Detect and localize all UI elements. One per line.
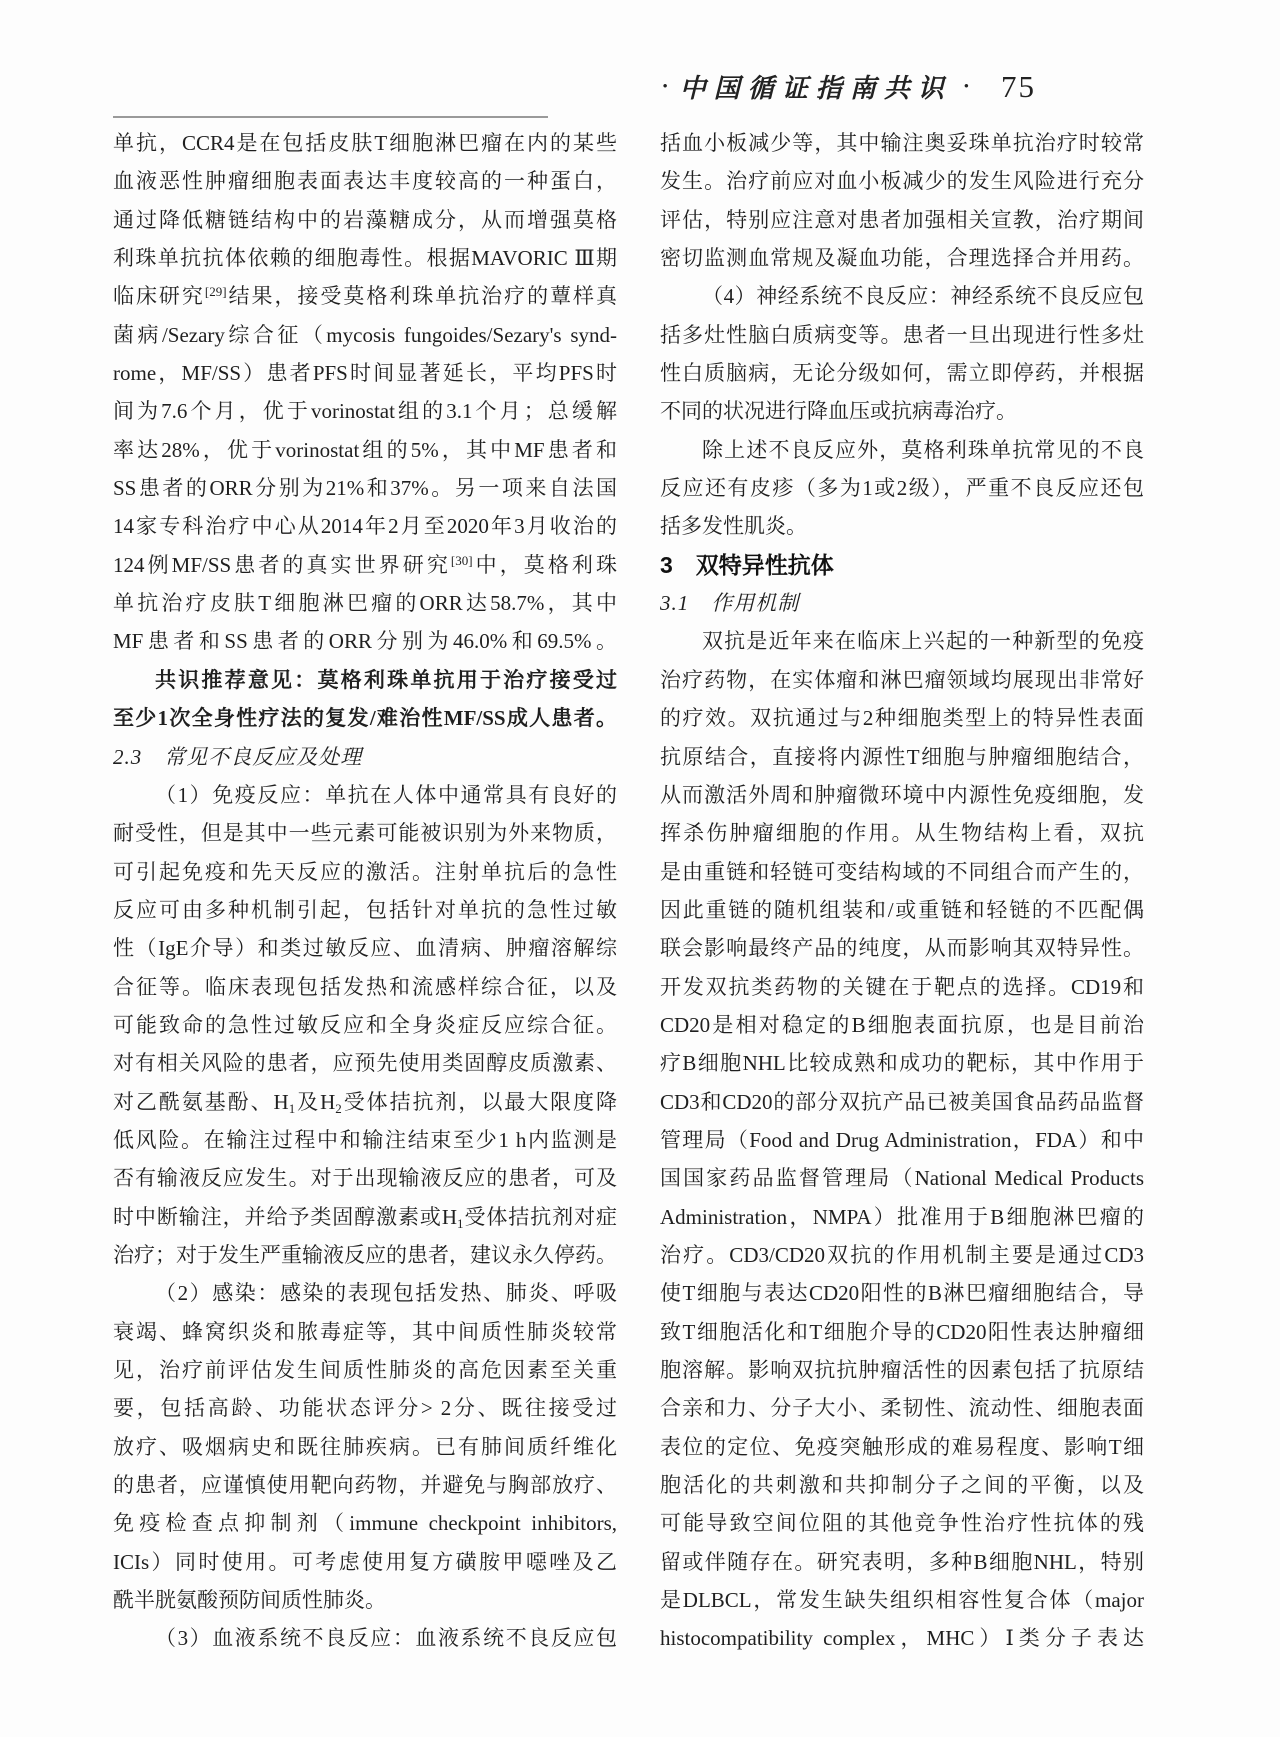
text-line: 挥杀伤肿瘤细胞的作用。从生物结构上看，双抗 — [660, 814, 1144, 852]
text-line: 括血小板减少等，其中输注奥妥珠单抗治疗时较常 — [660, 124, 1144, 162]
page-number: 75 — [1001, 69, 1036, 104]
text-line: 间为7.6个月，优于vorinostat组的3.1个月；总缓解 — [113, 392, 617, 430]
text-line: 从而激活外周和肿瘤微环境中内源性免疫细胞，发 — [660, 776, 1144, 814]
section-heading: 3.1 作用机制 — [660, 584, 1144, 622]
text-line: 管理局（Food and Drug Administration，FDA）和中 — [660, 1121, 1144, 1159]
text-line: 治疗药物，在实体瘤和淋巴瘤领域均展现出非常好 — [660, 661, 1144, 699]
text-line: 14家专科治疗中心从2014年2月至2020年3月收治的 — [113, 507, 617, 545]
text-line: 开发双抗类药物的关键在于靶点的选择。CD19和 — [660, 968, 1144, 1006]
text-line: 见，治疗前评估发生间质性肺炎的高危因素至关重 — [113, 1351, 617, 1389]
text-line: 括多灶性脑白质病变等。患者一旦出现进行性多灶 — [660, 316, 1144, 354]
text-line: 低风险。在输注过程中和输注结束至少1 h内监测是 — [113, 1121, 617, 1159]
text-line: 单抗，CCR4是在包括皮肤T细胞淋巴瘤在内的某些 — [113, 124, 617, 162]
text-line: 性白质脑病，无论分级如何，需立即停药，并根据 — [660, 354, 1144, 392]
header-bullet-icon: • — [964, 79, 969, 96]
text-line: 表位的定位、免疫突触形成的难易程度、影响T细 — [660, 1428, 1144, 1466]
text-line: 放疗、吸烟病史和既往肺疾病。已有肺间质纤维化 — [113, 1428, 617, 1466]
text-line: 免疫检查点抑制剂（immune checkpoint inhibitors, — [113, 1504, 617, 1542]
text-line: 至少1次全身性疗法的复发/难治性MF/SS成人患者。 — [113, 699, 617, 737]
text-line: （2）感染：感染的表现包括发热、肺炎、呼吸 — [113, 1274, 617, 1312]
text-line: 对乙酰氨基酚、H1及H2受体拮抗剂，以最大限度降 — [113, 1083, 617, 1121]
text-line: 率达28%，优于vorinostat组的5%，其中MF患者和 — [113, 431, 617, 469]
text-line: Administration，NMPA）批准用于B细胞淋巴瘤的 — [660, 1198, 1144, 1236]
text-line: 可能致命的急性过敏反应和全身炎症反应综合征。 — [113, 1006, 617, 1044]
text-line: 括多发性肌炎。 — [660, 507, 1144, 545]
text-line: （4）神经系统不良反应：神经系统不良反应包 — [660, 277, 1144, 315]
text-line: CD3和CD20的部分双抗产品已被美国食品药品监督 — [660, 1083, 1144, 1121]
text-line: 治疗。CD3/CD20双抗的作用机制主要是通过CD3 — [660, 1236, 1144, 1274]
text-line: 胞活化的共刺激和共抑制分子之间的平衡，以及 — [660, 1466, 1144, 1504]
text-line: 血液恶性肿瘤细胞表面表达丰度较高的一种蛋白， — [113, 162, 617, 200]
left-text-column: 单抗，CCR4是在包括皮肤T细胞淋巴瘤在内的某些血液恶性肿瘤细胞表面表达丰度较高… — [113, 124, 617, 1658]
text-line: 不同的状况进行降血压或抗病毒治疗。 — [660, 392, 1144, 430]
text-line: 疗B细胞NHL比较成熟和成功的靶标，其中作用于 — [660, 1044, 1144, 1082]
text-line: 可引起免疫和先天反应的激活。注射单抗后的急性 — [113, 853, 617, 891]
text-line: （3）血液系统不良反应：血液系统不良反应包 — [113, 1619, 617, 1657]
text-line: SS患者的ORR分别为21%和37%。另一项来自法国 — [113, 469, 617, 507]
text-line: 性（IgE介导）和类过敏反应、血清病、肿瘤溶解综 — [113, 929, 617, 967]
text-line: 国国家药品监督管理局（National Medical Products — [660, 1159, 1144, 1197]
text-line: 的疗效。双抗通过与2种细胞类型上的特异性表面 — [660, 699, 1144, 737]
header-bullet-icon: • — [662, 79, 667, 96]
text-line: 衰竭、蜂窝织炎和脓毒症等，其中间质性肺炎较常 — [113, 1313, 617, 1351]
text-line: 是DLBCL，常发生缺失组织相容性复合体（major — [660, 1581, 1144, 1619]
header-rule — [113, 116, 548, 118]
text-line: 合征等。临床表现包括发热和流感样综合征，以及 — [113, 968, 617, 1006]
text-line: 密切监测血常规及凝血功能，合理选择合并用药。 — [660, 239, 1144, 277]
text-line: 对有相关风险的患者，应预先使用类固醇皮质激素、 — [113, 1044, 617, 1082]
text-line: 共识推荐意见：莫格利珠单抗用于治疗接受过 — [113, 661, 617, 699]
text-line: CD20是相对稳定的B细胞表面抗原，也是目前治 — [660, 1006, 1144, 1044]
text-line: 单抗治疗皮肤T细胞淋巴瘤的ORR达58.7%，其中 — [113, 584, 617, 622]
text-line: 的患者，应谨慎使用靶向药物，并避免与胸部放疗、 — [113, 1466, 617, 1504]
text-line: 反应还有皮疹（多为1或2级），严重不良反应还包 — [660, 469, 1144, 507]
text-line: 因此重链的随机组装和/或重链和轻链的不匹配偶 — [660, 891, 1144, 929]
text-line: histocompatibility complex，MHC）Ⅰ类分子表达 — [660, 1619, 1144, 1657]
right-text-column: 括血小板减少等，其中输注奥妥珠单抗治疗时较常发生。治疗前应对血小板减少的发生风险… — [660, 124, 1144, 1658]
text-line: 发生。治疗前应对血小板减少的发生风险进行充分 — [660, 162, 1144, 200]
text-line: 合亲和力、分子大小、柔韧性、流动性、细胞表面 — [660, 1389, 1144, 1427]
text-line: 抗原结合，直接将内源性T细胞与肿瘤细胞结合， — [660, 738, 1144, 776]
text-line: 菌病/Sezary综合征（mycosis fungoides/Sezary's … — [113, 316, 617, 354]
section-heading: 2.3 常见不良反应及处理 — [113, 738, 617, 776]
journal-title: 中国循证指南共识 — [680, 74, 952, 103]
text-line: 联会影响最终产品的纯度，从而影响其双特异性。 — [660, 929, 1144, 967]
text-line: 否有输液反应发生。对于出现输液反应的患者，可及 — [113, 1159, 617, 1197]
text-line: 除上述不良反应外，莫格利珠单抗常见的不良 — [660, 431, 1144, 469]
text-line: 124例MF/SS患者的真实世界研究[30]中，莫格利珠 — [113, 546, 617, 584]
text-line: 使T细胞与表达CD20阳性的B淋巴瘤细胞结合，导 — [660, 1274, 1144, 1312]
journal-page: •中国循证指南共识•75 单抗，CCR4是在包括皮肤T细胞淋巴瘤在内的某些血液恶… — [0, 0, 1280, 1737]
text-line: 通过降低糖链结构中的岩藻糖成分，从而增强莫格 — [113, 201, 617, 239]
text-line: 治疗；对于发生严重输液反应的患者，建议永久停药。 — [113, 1236, 617, 1274]
text-line: 利珠单抗抗体依赖的细胞毒性。根据MAVORIC Ⅲ期 — [113, 239, 617, 277]
running-head: •中国循证指南共识•75 — [600, 68, 1036, 105]
text-line: （1）免疫反应：单抗在人体中通常具有良好的 — [113, 776, 617, 814]
text-line: 是由重链和轻链可变结构域的不同组合而产生的， — [660, 853, 1144, 891]
section-heading: 3 双特异性抗体 — [660, 546, 1144, 584]
text-line: 要，包括高龄、功能状态评分> 2分、既往接受过 — [113, 1389, 617, 1427]
text-line: 致T细胞活化和T细胞介导的CD20阳性表达肿瘤细 — [660, 1313, 1144, 1351]
text-line: 时中断输注，并给予类固醇激素或H1受体拮抗剂对症 — [113, 1198, 617, 1236]
text-line: rome，MF/SS）患者PFS时间显著延长，平均PFS时 — [113, 354, 617, 392]
text-line: 双抗是近年来在临床上兴起的一种新型的免疫 — [660, 622, 1144, 660]
text-line: 可能导致空间位阻的其他竞争性治疗性抗体的残 — [660, 1504, 1144, 1542]
text-line: 留或伴随存在。研究表明，多种B细胞NHL，特别 — [660, 1543, 1144, 1581]
text-line: 评估，特别应注意对患者加强相关宣教，治疗期间 — [660, 201, 1144, 239]
text-line: 临床研究[29]结果，接受莫格利珠单抗治疗的蕈样真 — [113, 277, 617, 315]
text-line: 耐受性，但是其中一些元素可能被识别为外来物质， — [113, 814, 617, 852]
text-line: 反应可由多种机制引起，包括针对单抗的急性过敏 — [113, 891, 617, 929]
text-line: MF患者和SS患者的ORR分别为46.0%和69.5%。 — [113, 622, 617, 660]
text-line: 酰半胱氨酸预防间质性肺炎。 — [113, 1581, 617, 1619]
text-line: ICIs）同时使用。可考虑使用复方磺胺甲噁唑及乙 — [113, 1543, 617, 1581]
text-line: 胞溶解。影响双抗抗肿瘤活性的因素包括了抗原结 — [660, 1351, 1144, 1389]
